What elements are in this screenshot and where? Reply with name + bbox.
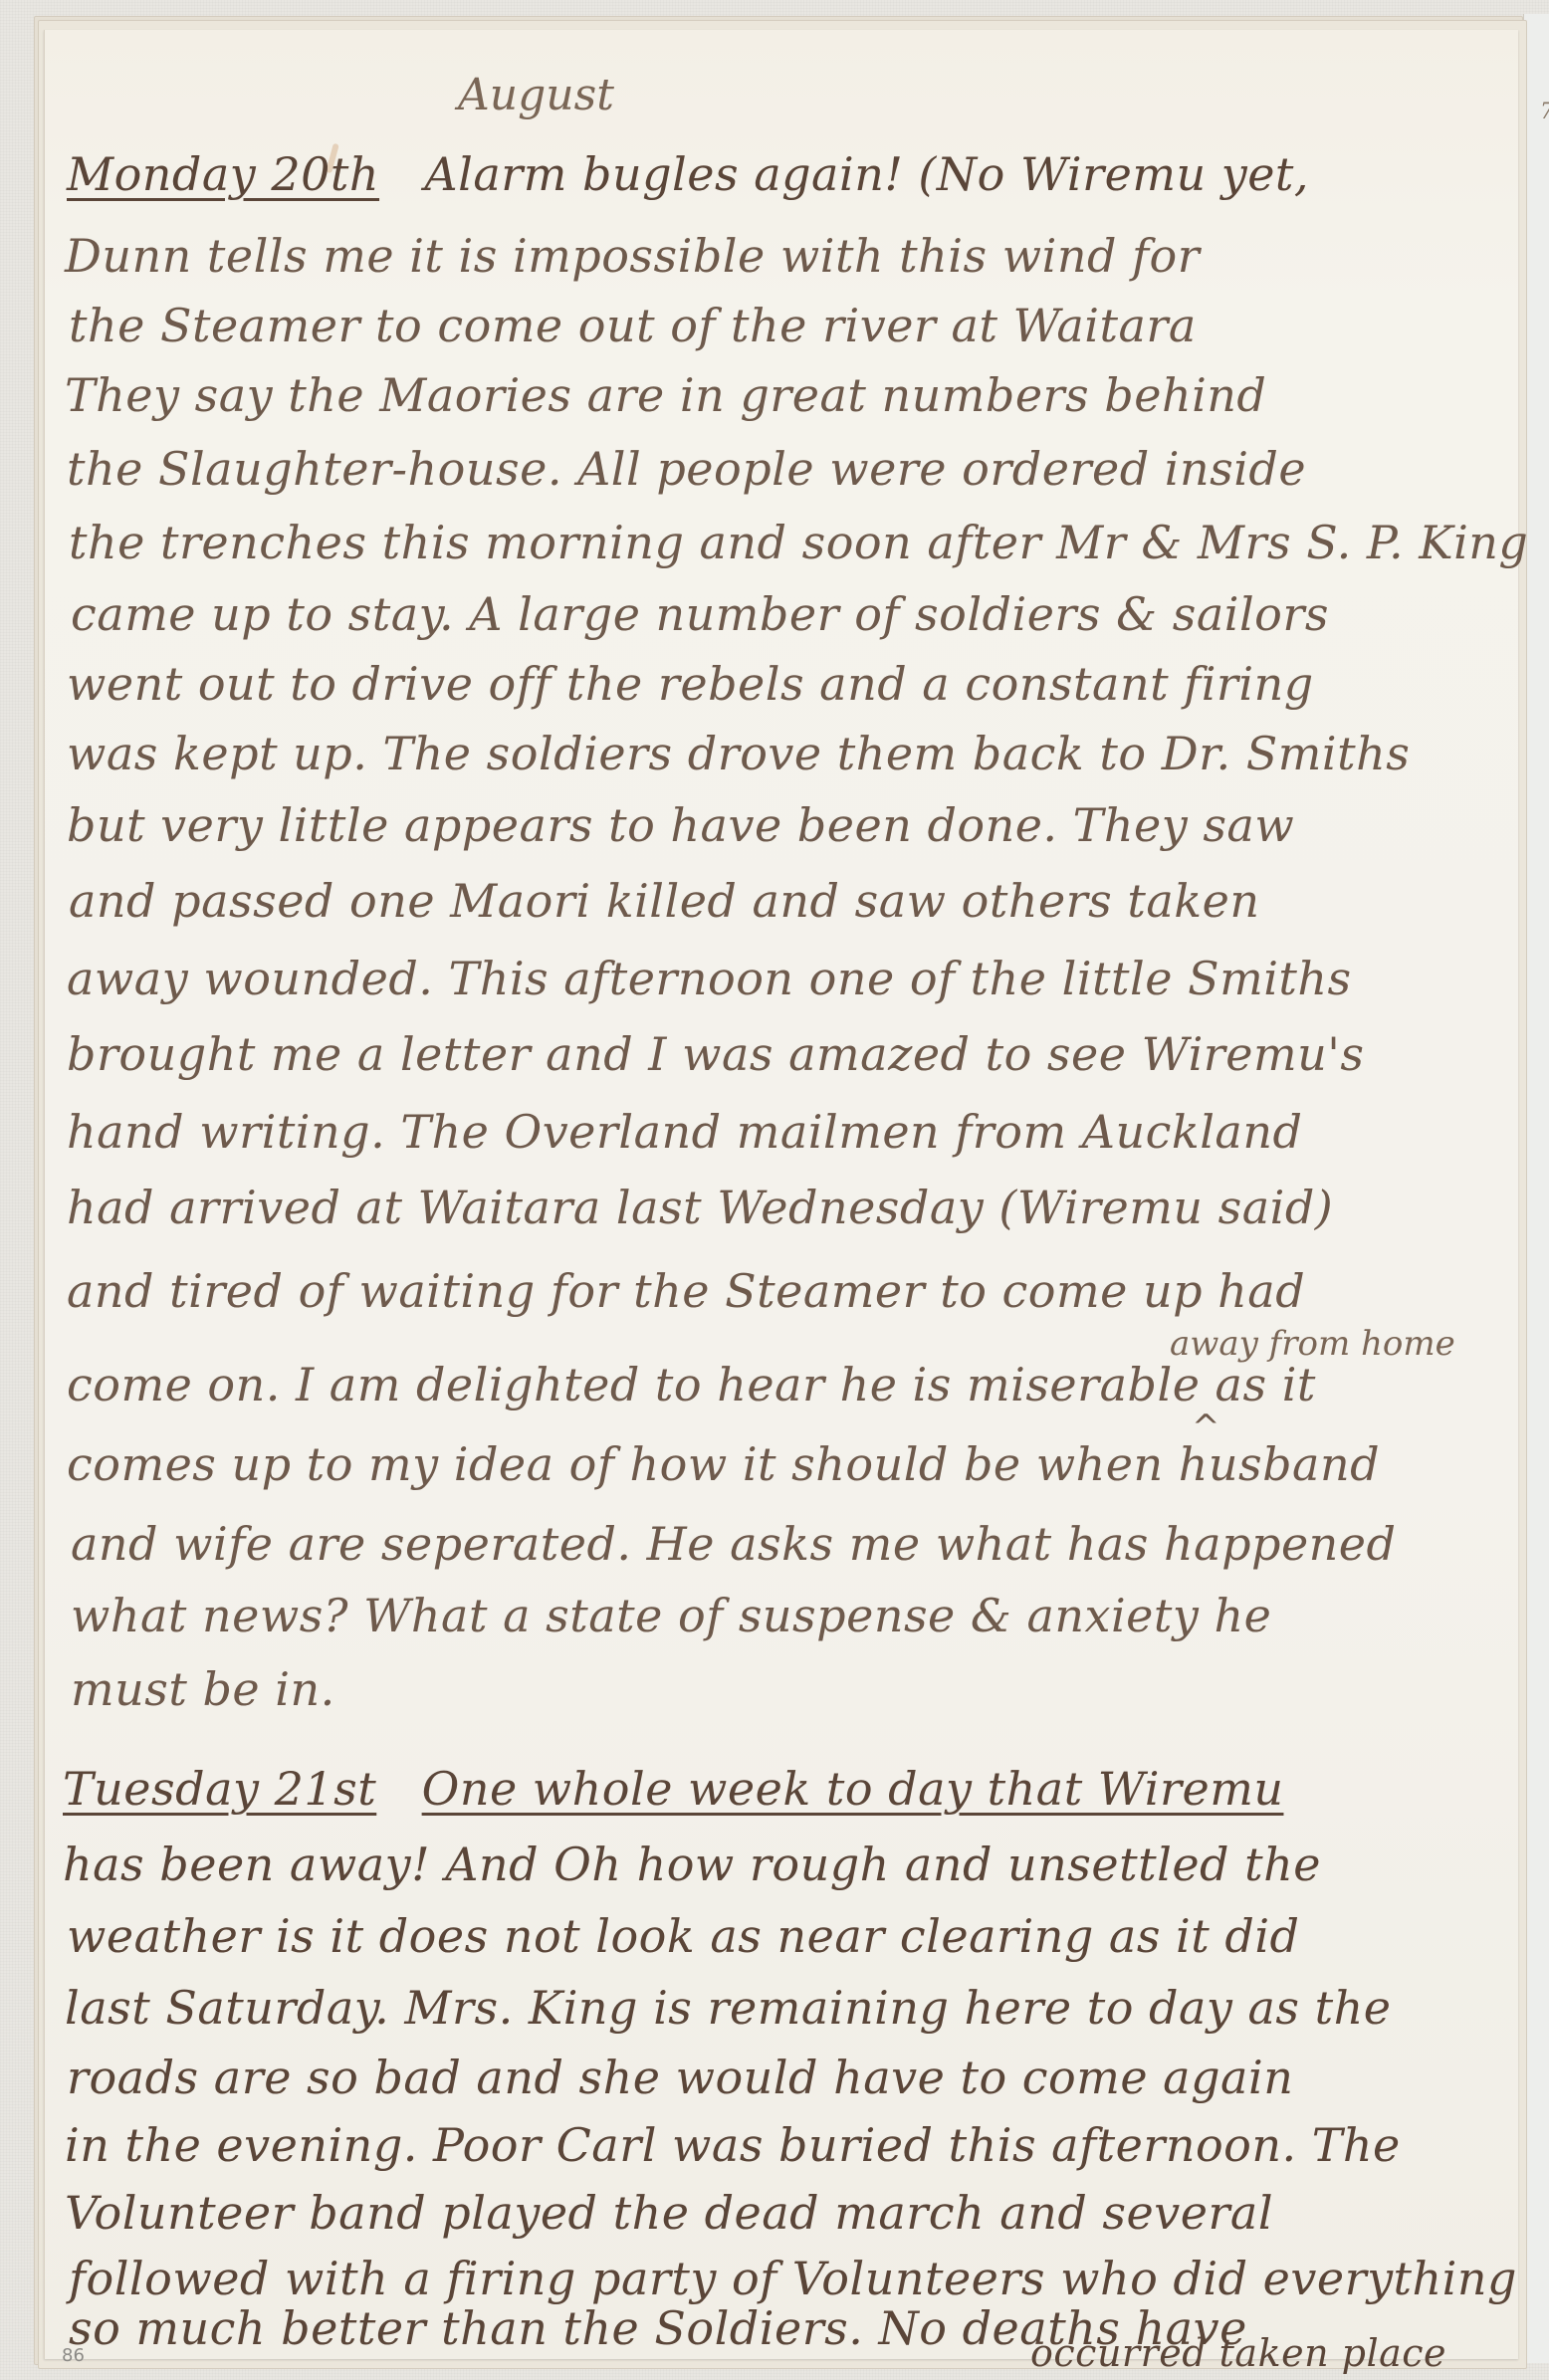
entry-1-line-11: and passed one Maori killed and saw othe… <box>69 874 1260 928</box>
entry-2-line-1: Tuesday 21st One whole week to day that … <box>63 1762 1283 1816</box>
entry-2-line-6: in the evening. Poor Carl was buried thi… <box>65 2118 1401 2172</box>
entry-1-line-9: was kept up. The soldiers drove them bac… <box>67 727 1410 780</box>
entry-1-line-2: Dunn tells me it is impossible with this… <box>65 229 1200 283</box>
entry-1-line-3: the Steamer to come out of the river at … <box>69 299 1197 352</box>
entry-1-line-19: and wife are seperated. He asks me what … <box>71 1517 1396 1571</box>
entry-1-line-7: came up to stay. A large number of soldi… <box>71 587 1329 641</box>
entry-2-line-4: last Saturday. Mrs. King is remaining he… <box>65 1981 1392 2035</box>
entry-1-line-8: went out to drive off the rebels and a c… <box>67 657 1314 711</box>
entry-2-line-5: roads are so bad and she would have to c… <box>67 2051 1293 2104</box>
entry-2-line-7: Volunteer band played the dead march and… <box>65 2186 1273 2240</box>
entry-date-heading: Tuesday 21st <box>63 1762 376 1816</box>
entry-1-line-20: what news? What a state of suspense & an… <box>71 1589 1271 1642</box>
page-number: 86 <box>62 2345 85 2366</box>
entry-1-line-18: comes up to my idea of how it should be … <box>67 1437 1380 1491</box>
diary-page: August Monday 20th Alarm bugles again! (… <box>44 30 1518 2359</box>
entry-1-line-5: the Slaughter-house. All people were ord… <box>67 442 1306 496</box>
entry-1-line-1: Monday 20th Alarm bugles again! (No Wire… <box>67 147 1309 201</box>
entry-1-line-21: must be in. <box>71 1662 335 1716</box>
entry-1-line-13: brought me a letter and I was amazed to … <box>67 1027 1365 1081</box>
entry-1-line-16: and tired of waiting for the Steamer to … <box>67 1264 1305 1318</box>
entry-1-line-14: hand writing. The Overland mailmen from … <box>67 1105 1302 1159</box>
entry-2-line-2: has been away! And Oh how rough and unse… <box>63 1838 1321 1891</box>
entry-1-line-4: They say the Maories are in great number… <box>65 368 1266 422</box>
entry-1-line-6: the trenches this morning and soon after… <box>69 516 1528 569</box>
entry-1-line-10: but very little appears to have been don… <box>67 798 1294 852</box>
entry-2-line-10: occurred taken place <box>1030 2331 1446 2375</box>
entry-1-line-17: come on. I am delighted to hear he is mi… <box>67 1358 1316 1411</box>
entry-2-line-3: weather is it does not look as near clea… <box>67 1909 1299 1963</box>
entry-2-line-8: followed with a firing party of Voluntee… <box>69 2252 1517 2305</box>
entry-1-line-15: had arrived at Waitara last Wednesday (W… <box>67 1181 1333 1234</box>
entry-1-line-12: away wounded. This afternoon one of the … <box>67 952 1352 1005</box>
month-insertion: August <box>458 70 614 120</box>
adjacent-page-mark: 7 <box>1540 100 1549 124</box>
entry-date-heading: Monday 20th <box>67 147 379 201</box>
